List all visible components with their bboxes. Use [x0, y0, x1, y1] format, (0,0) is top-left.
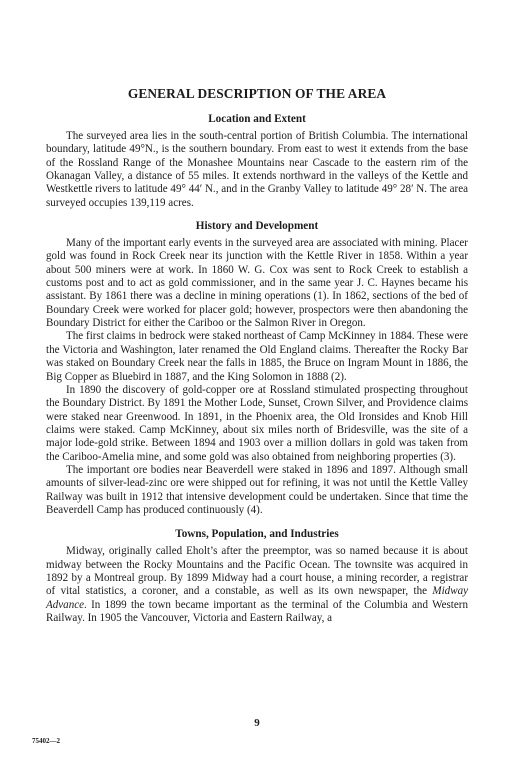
paragraph-towns-1: Midway, originally called Eholt’s after … — [46, 545, 468, 625]
page-number: 9 — [46, 717, 468, 729]
page-title: GENERAL DESCRIPTION OF THE AREA — [46, 86, 468, 102]
paragraph-history-1: Many of the important early events in th… — [46, 237, 468, 330]
section-heading-towns: Towns, Population, and Industries — [46, 527, 468, 542]
section-heading-history: History and Development — [46, 219, 468, 234]
document-body: Location and Extent The surveyed area li… — [46, 112, 468, 625]
paragraph-history-3: In 1890 the discovery of gold-copper ore… — [46, 384, 468, 464]
paragraph-towns-text-continued: . In 1899 the town became important as t… — [46, 599, 468, 624]
paragraph-history-2: The first claims in bedrock were staked … — [46, 330, 468, 383]
section-heading-location: Location and Extent — [46, 112, 468, 127]
paragraph-location: The surveyed area lies in the south-cent… — [46, 130, 468, 210]
paragraph-history-4: The important ore bodies near Beaverdell… — [46, 464, 468, 517]
paragraph-towns-text: Midway, originally called Eholt’s after … — [46, 545, 468, 597]
print-code: 75402—2 — [32, 737, 60, 745]
